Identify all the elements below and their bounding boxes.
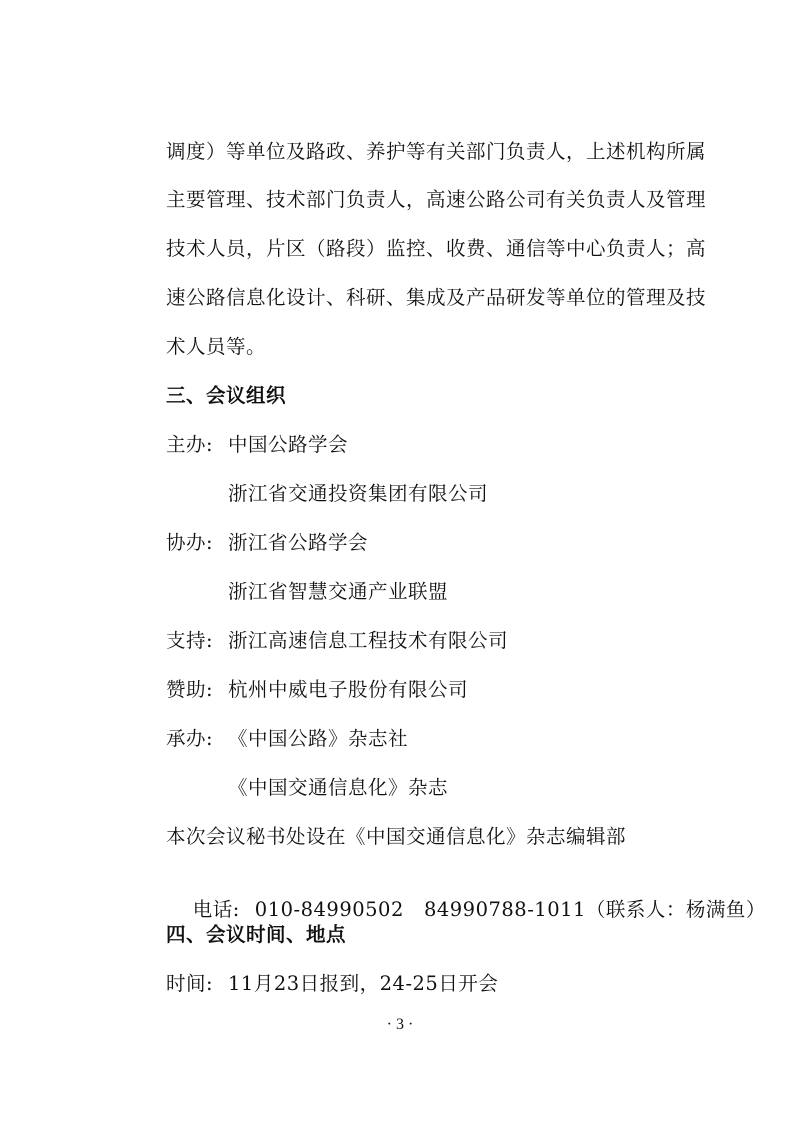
undertaker-value: 《中国公路》杂志社 bbox=[228, 727, 408, 750]
organizer-value: 中国公路学会 bbox=[228, 433, 348, 456]
co-organizer-label: 协办: bbox=[166, 531, 228, 555]
body-line-5: 术人员等。 bbox=[166, 335, 266, 359]
undertaker-row-1: 承办:《中国公路》杂志社 bbox=[166, 727, 408, 751]
time-row: 时间:11月23日报到，24-25日开会 bbox=[166, 972, 498, 996]
support-value: 浙江高速信息工程技术有限公司 bbox=[228, 629, 508, 652]
section3-heading: 三、会议组织 bbox=[166, 384, 286, 408]
body-line-3: 技术人员，片区（路段）监控、收费、通信等中心负责人；高 bbox=[166, 237, 678, 261]
secretariat-line: 本次会议秘书处设在《中国交通信息化》杂志编辑部 bbox=[166, 825, 626, 849]
co-organizer-value-2: 浙江省智慧交通产业联盟 bbox=[228, 580, 448, 604]
support-label: 支持: bbox=[166, 629, 228, 653]
sponsor-label: 赞助: bbox=[166, 678, 228, 702]
undertaker-label: 承办: bbox=[166, 727, 228, 751]
organizer-label: 主办: bbox=[166, 433, 228, 457]
time-value: 11月23日报到，24-25日开会 bbox=[228, 972, 498, 995]
body-line-1: 调度）等单位及路政、养护等有关部门负责人，上述机构所属 bbox=[166, 140, 678, 164]
body-line-2: 主要管理、技术部门负责人，高速公路公司有关负责人及管理 bbox=[166, 188, 678, 212]
organizer-row-1: 主办:中国公路学会 bbox=[166, 433, 348, 457]
phone-value: 010-84990502 84990788-1011（联系人：杨满鱼） bbox=[255, 898, 766, 921]
co-organizer-value: 浙江省公路学会 bbox=[228, 531, 368, 554]
section4-heading: 四、会议时间、地点 bbox=[166, 923, 346, 947]
time-label: 时间: bbox=[166, 972, 228, 996]
sponsor-value: 杭州中威电子股份有限公司 bbox=[228, 678, 468, 701]
support-row: 支持:浙江高速信息工程技术有限公司 bbox=[166, 629, 508, 653]
phone-label: 电话: bbox=[193, 898, 255, 922]
body-line-4: 速公路信息化设计、科研、集成及产品研发等单位的管理及技 bbox=[166, 286, 678, 310]
page-number: · 3 · bbox=[0, 1016, 800, 1034]
undertaker-value-2: 《中国交通信息化》杂志 bbox=[228, 776, 448, 800]
sponsor-row: 赞助:杭州中威电子股份有限公司 bbox=[166, 678, 468, 702]
co-organizer-row-1: 协办:浙江省公路学会 bbox=[166, 531, 368, 555]
organizer-value-2: 浙江省交通投资集团有限公司 bbox=[228, 482, 488, 506]
